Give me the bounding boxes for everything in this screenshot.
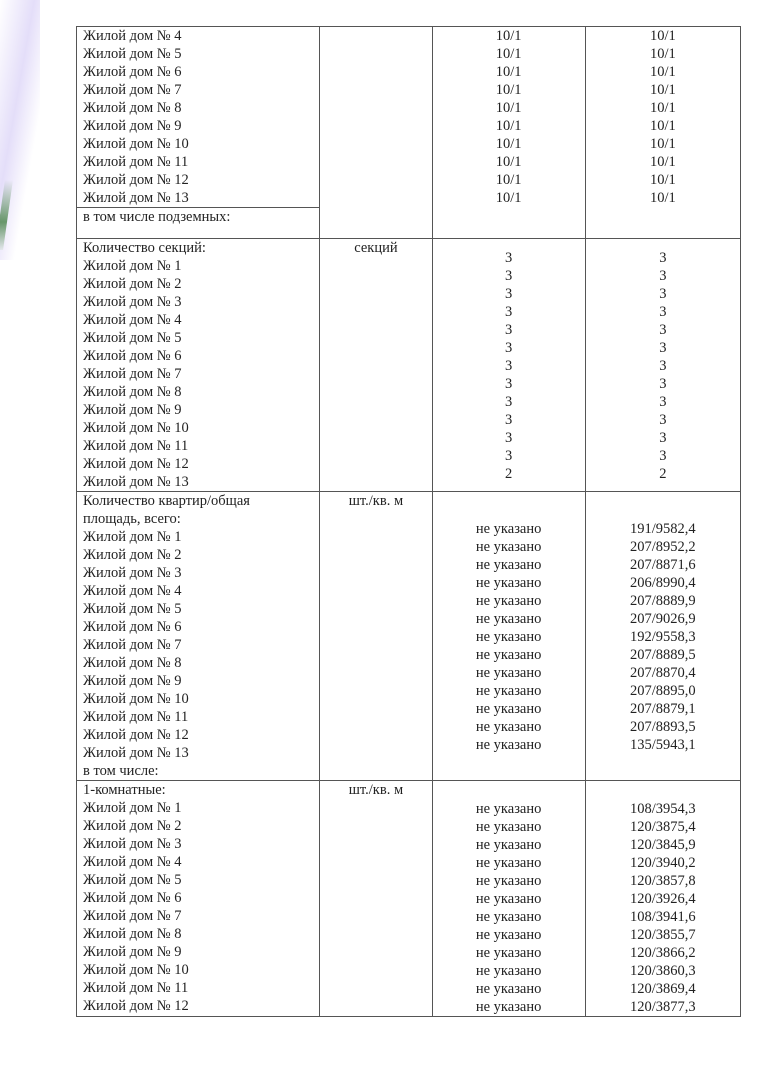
building-label: Жилой дом № 10 [83, 135, 319, 153]
actual-value: 108/3954,3 [586, 800, 740, 818]
planned-value: 3 [433, 339, 585, 357]
actual-value: 120/3845,9 [586, 836, 740, 854]
planned-value: 3 [433, 375, 585, 393]
actual-value: 10/1 [586, 81, 740, 99]
actual-value: 3 [586, 339, 740, 357]
unit-cell [320, 27, 432, 239]
building-label: Жилой дом № 7 [83, 907, 319, 925]
building-label: Жилой дом № 1 [83, 257, 319, 275]
section-row-floors-continued: Жилой дом № 4Жилой дом № 5Жилой дом № 6Ж… [77, 27, 741, 208]
planned-value: 3 [433, 267, 585, 285]
actual-value: 120/3866,2 [586, 944, 740, 962]
section-labels: 1-комнатные:Жилой дом № 1Жилой дом № 2Жи… [77, 781, 320, 1017]
planned-value: не указано [433, 926, 585, 944]
planned-value: не указано [433, 592, 585, 610]
actual-value: 207/8870,4 [586, 664, 740, 682]
actual-value: 3 [586, 447, 740, 465]
building-label: Жилой дом № 4 [83, 311, 319, 329]
actual-value: 108/3941,6 [586, 908, 740, 926]
planned-value: не указано [433, 908, 585, 926]
building-label: Жилой дом № 7 [83, 365, 319, 383]
actual-value: 207/8893,5 [586, 718, 740, 736]
planned-value: 10/1 [433, 27, 585, 45]
building-label: Жилой дом № 6 [83, 618, 319, 636]
building-label: Жилой дом № 4 [83, 582, 319, 600]
planned-value: не указано [433, 538, 585, 556]
actual-value: 3 [586, 249, 740, 267]
planned-value: 10/1 [433, 153, 585, 171]
building-label: Жилой дом № 6 [83, 347, 319, 365]
building-label: Жилой дом № 2 [83, 275, 319, 293]
unit-label: шт./кв. м [320, 781, 431, 799]
building-label: Жилой дом № 8 [83, 654, 319, 672]
building-label: Жилой дом № 1 [83, 799, 319, 817]
section-footer: в том числе подземных: [83, 208, 319, 226]
planned-value: 3 [433, 429, 585, 447]
planned-value: не указано [433, 800, 585, 818]
planned-value: не указано [433, 836, 585, 854]
actual-value: 207/8879,1 [586, 700, 740, 718]
section-title: Количество секций: [83, 239, 319, 257]
planned-value: 10/1 [433, 171, 585, 189]
actual-value: 3 [586, 357, 740, 375]
planned-value: не указано [433, 890, 585, 908]
underground-label-cell: в том числе подземных: [77, 208, 320, 239]
actual-value: 3 [586, 303, 740, 321]
planned-value: 3 [433, 249, 585, 267]
building-label: Жилой дом № 12 [83, 171, 319, 189]
building-label: Жилой дом № 10 [83, 961, 319, 979]
planned-value: не указано [433, 718, 585, 736]
planned-value: не указано [433, 998, 585, 1016]
actual-values: 191/9582,4207/8952,2207/8871,6206/8990,4… [585, 492, 740, 781]
building-label: Жилой дом № 11 [83, 708, 319, 726]
planned-value: 3 [433, 303, 585, 321]
actual-value: 3 [586, 393, 740, 411]
building-label: Жилой дом № 9 [83, 117, 319, 135]
scan-green-artifact [0, 180, 13, 250]
building-label: Жилой дом № 7 [83, 81, 319, 99]
actual-value: 10/1 [586, 153, 740, 171]
actual-value: 120/3860,3 [586, 962, 740, 980]
actual-value: 10/1 [586, 117, 740, 135]
planned-value: не указано [433, 664, 585, 682]
building-label: Жилой дом № 5 [83, 329, 319, 347]
building-label: Жилой дом № 9 [83, 401, 319, 419]
planned-value: 10/1 [433, 189, 585, 207]
building-label: Жилой дом № 7 [83, 636, 319, 654]
planned-value: не указано [433, 646, 585, 664]
planned-values: 10/110/110/110/110/110/110/110/110/110/1 [432, 27, 585, 239]
planned-value: 3 [433, 393, 585, 411]
planned-value: не указано [433, 872, 585, 890]
building-label: Жилой дом № 5 [83, 871, 319, 889]
actual-value: 206/8990,4 [586, 574, 740, 592]
planned-values: не указаноне указаноне указаноне указано… [432, 781, 585, 1017]
building-label: Жилой дом № 6 [83, 63, 319, 81]
actual-value: 207/8889,9 [586, 592, 740, 610]
building-label: Жилой дом № 8 [83, 925, 319, 943]
actual-value: 3 [586, 267, 740, 285]
section-row-one-room: 1-комнатные:Жилой дом № 1Жилой дом № 2Жи… [77, 781, 741, 1017]
actual-value: 3 [586, 429, 740, 447]
section-labels: Количество квартир/общаяплощадь, всего:Ж… [77, 492, 320, 781]
actual-value: 3 [586, 411, 740, 429]
unit-cell: шт./кв. м [320, 781, 432, 1017]
building-label: Жилой дом № 3 [83, 835, 319, 853]
planned-value: не указано [433, 628, 585, 646]
building-label: Жилой дом № 12 [83, 726, 319, 744]
actual-value: 10/1 [586, 189, 740, 207]
actual-value: 120/3940,2 [586, 854, 740, 872]
building-label: Жилой дом № 13 [83, 189, 319, 207]
building-label: Жилой дом № 3 [83, 293, 319, 311]
planned-value: 3 [433, 321, 585, 339]
actual-value: 10/1 [586, 171, 740, 189]
building-label: Жилой дом № 2 [83, 546, 319, 564]
unit-cell: шт./кв. м [320, 492, 432, 781]
actual-value: 207/8889,5 [586, 646, 740, 664]
building-label: Жилой дом № 6 [83, 889, 319, 907]
planned-value: не указано [433, 962, 585, 980]
section-labels: Жилой дом № 4Жилой дом № 5Жилой дом № 6Ж… [77, 27, 320, 208]
actual-value: 207/8871,6 [586, 556, 740, 574]
section-labels: Количество секций:Жилой дом № 1Жилой дом… [77, 239, 320, 492]
actual-value: 207/8952,2 [586, 538, 740, 556]
planned-value: не указано [433, 610, 585, 628]
building-label: Жилой дом № 9 [83, 943, 319, 961]
building-label: Жилой дом № 8 [83, 383, 319, 401]
section-title: Количество квартир/общая [83, 492, 319, 510]
planned-value: 10/1 [433, 99, 585, 117]
planned-value: не указано [433, 574, 585, 592]
actual-values: 10/110/110/110/110/110/110/110/110/110/1 [585, 27, 740, 239]
actual-value: 120/3875,4 [586, 818, 740, 836]
actual-value: 120/3869,4 [586, 980, 740, 998]
actual-values: 3333333333332 [585, 239, 740, 492]
planned-value: 10/1 [433, 45, 585, 63]
building-label: Жилой дом № 1 [83, 528, 319, 546]
planned-value: не указано [433, 736, 585, 754]
actual-value: 10/1 [586, 99, 740, 117]
planned-value: не указано [433, 944, 585, 962]
building-label: Жилой дом № 5 [83, 45, 319, 63]
building-label: Жилой дом № 13 [83, 744, 319, 762]
building-label: Жилой дом № 12 [83, 455, 319, 473]
building-specs-table: Жилой дом № 4Жилой дом № 5Жилой дом № 6Ж… [76, 26, 741, 1017]
actual-value: 120/3877,3 [586, 998, 740, 1016]
actual-value: 10/1 [586, 63, 740, 81]
actual-value: 3 [586, 321, 740, 339]
section-title: площадь, всего: [83, 510, 319, 528]
planned-value: 10/1 [433, 117, 585, 135]
planned-value: не указано [433, 556, 585, 574]
building-label: Жилой дом № 4 [83, 853, 319, 871]
actual-value: 135/5943,1 [586, 736, 740, 754]
building-label: Жилой дом № 9 [83, 672, 319, 690]
building-label: Жилой дом № 11 [83, 979, 319, 997]
building-label: Жилой дом № 10 [83, 419, 319, 437]
actual-value: 120/3855,7 [586, 926, 740, 944]
planned-value: не указано [433, 854, 585, 872]
planned-value: 10/1 [433, 81, 585, 99]
unit-label: шт./кв. м [320, 492, 431, 510]
building-label: Жилой дом № 5 [83, 600, 319, 618]
building-label: Жилой дом № 13 [83, 473, 319, 491]
actual-value: 120/3926,4 [586, 890, 740, 908]
actual-value: 191/9582,4 [586, 520, 740, 538]
actual-values: 108/3954,3120/3875,4120/3845,9120/3940,2… [585, 781, 740, 1017]
actual-value: 207/8895,0 [586, 682, 740, 700]
building-label: Жилой дом № 11 [83, 437, 319, 455]
planned-value: 2 [433, 465, 585, 483]
planned-value: не указано [433, 682, 585, 700]
building-label: Жилой дом № 10 [83, 690, 319, 708]
actual-value: 10/1 [586, 27, 740, 45]
planned-value: не указано [433, 520, 585, 538]
building-label: Жилой дом № 2 [83, 817, 319, 835]
building-label: Жилой дом № 11 [83, 153, 319, 171]
planned-value: 10/1 [433, 63, 585, 81]
planned-value: не указано [433, 818, 585, 836]
section-row-sections-count: Количество секций:Жилой дом № 1Жилой дом… [77, 239, 741, 492]
planned-value: не указано [433, 700, 585, 718]
actual-value: 10/1 [586, 135, 740, 153]
planned-value: 3 [433, 285, 585, 303]
actual-value: 10/1 [586, 45, 740, 63]
planned-values: не указаноне указаноне указаноне указано… [432, 492, 585, 781]
actual-value: 3 [586, 285, 740, 303]
building-label: Жилой дом № 12 [83, 997, 319, 1015]
actual-value: 120/3857,8 [586, 872, 740, 890]
planned-values: 3333333333332 [432, 239, 585, 492]
section-row-apartments-total: Количество квартир/общаяплощадь, всего:Ж… [77, 492, 741, 781]
planned-value: 3 [433, 447, 585, 465]
section-footer: в том числе: [83, 762, 319, 780]
planned-value: 10/1 [433, 135, 585, 153]
actual-value: 207/9026,9 [586, 610, 740, 628]
building-label: Жилой дом № 8 [83, 99, 319, 117]
unit-label: секций [320, 239, 431, 257]
actual-value: 192/9558,3 [586, 628, 740, 646]
unit-cell: секций [320, 239, 432, 492]
planned-value: 3 [433, 357, 585, 375]
actual-value: 2 [586, 465, 740, 483]
building-label: Жилой дом № 4 [83, 27, 319, 45]
unit-label [320, 27, 431, 45]
building-label: Жилой дом № 3 [83, 564, 319, 582]
planned-value: не указано [433, 980, 585, 998]
actual-value: 3 [586, 375, 740, 393]
planned-value: 3 [433, 411, 585, 429]
section-title: 1-комнатные: [83, 781, 319, 799]
